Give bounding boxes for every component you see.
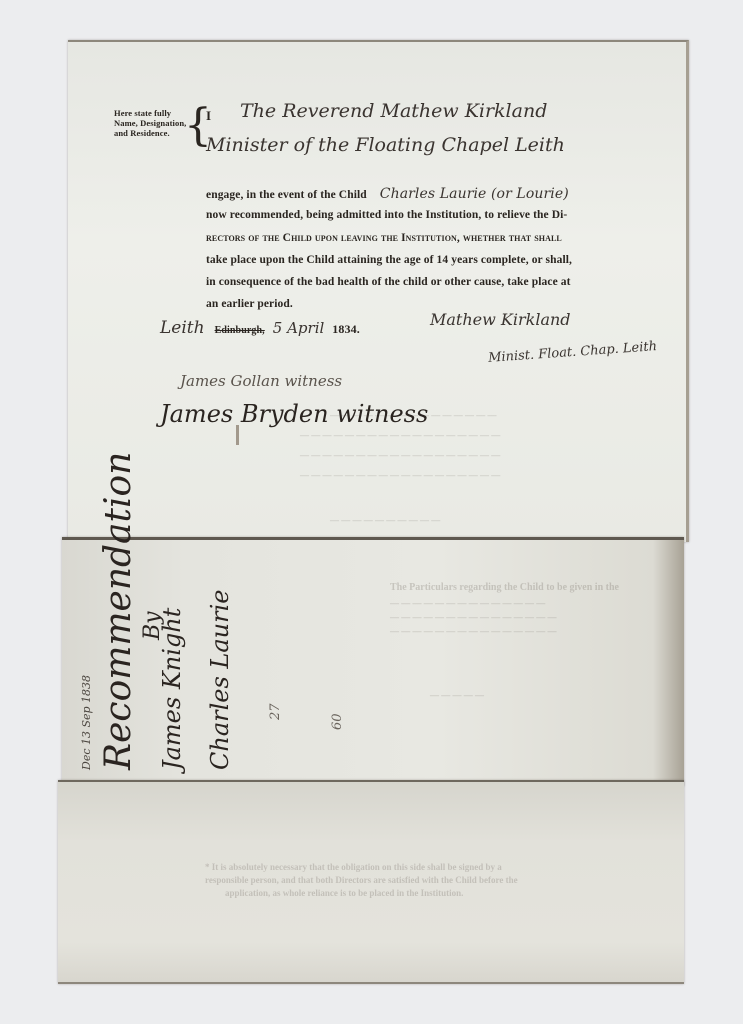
bleed-through-text: * It is absolutely necessary that the ob… <box>205 862 502 872</box>
bleed-through-text: application, as whole reliance is to be … <box>225 888 463 898</box>
pencil-note-2: 60 <box>330 713 345 730</box>
endorsement-title: Recommendation <box>98 452 139 770</box>
endorsement-date-note: Dec 13 Sep 1838 <box>80 675 93 770</box>
bleed-through-text: — — — — — — — — — — — — — — — — — — <box>300 430 500 440</box>
place-printed-struck: Edinburgh, <box>215 325 265 336</box>
document-middle-panel <box>62 537 684 786</box>
child-name-handwritten: Charles Laurie (or Lourie) <box>380 186 569 202</box>
signature: Mathew Kirkland <box>430 310 571 329</box>
printed-line-4: take place upon the Child attaining the … <box>206 254 572 266</box>
date-line: Leith Edinburgh, 5 April 1834. <box>160 318 360 338</box>
year-printed: 1834. <box>332 322 360 336</box>
endorsement-child: Charles Laurie <box>206 590 234 770</box>
printed-line-3: rectors of the Child upon leaving the In… <box>206 232 562 244</box>
handwritten-designation: Minister of the Floating Chapel Leith <box>206 134 565 156</box>
witness-2: James Bryden witness <box>160 400 428 428</box>
bleed-through-text: — — — — — — — — — — — — — — — — — — <box>300 470 500 480</box>
bleed-through-text: — — — — — — — — — — — — — — — <box>390 612 557 622</box>
bleed-through-text: — — — — — — — — — — <box>330 515 440 525</box>
side-note: Here state fully Name, Designation, and … <box>114 108 190 138</box>
place-handwritten: Leith <box>160 318 205 338</box>
bleed-through-text: responsible person, and that both Direct… <box>205 875 518 885</box>
witness-1: James Gollan witness <box>180 372 342 390</box>
endorsement-recommender: James Knight <box>158 608 186 770</box>
bleed-through-text: The Particulars regarding the Child to b… <box>390 582 619 593</box>
handwritten-name: The Reverend Mathew Kirkland <box>240 100 547 122</box>
bleed-through-text: — — — — — — — — — — — — — — — <box>390 626 557 636</box>
printed-line-1: engage, in the event of the Child Charle… <box>206 186 569 202</box>
pronoun-i: I <box>206 108 211 124</box>
pencil-note-1: 27 <box>268 703 283 720</box>
bleed-through-text: — — — — — — — — — — — — — — <box>390 598 545 608</box>
date-handwritten: 5 April <box>273 319 325 337</box>
printed-line-2: now recommended, being admitted into the… <box>206 209 567 221</box>
ink-drip <box>236 425 239 445</box>
bleed-through-text: — — — — — — — — — — — — — — — — — — <box>300 450 500 460</box>
printed-line-5: in consequence of the bad health of the … <box>206 276 571 288</box>
printed-line-6: an earlier period. <box>206 298 293 310</box>
bleed-through-text: — — — — — <box>430 690 484 700</box>
